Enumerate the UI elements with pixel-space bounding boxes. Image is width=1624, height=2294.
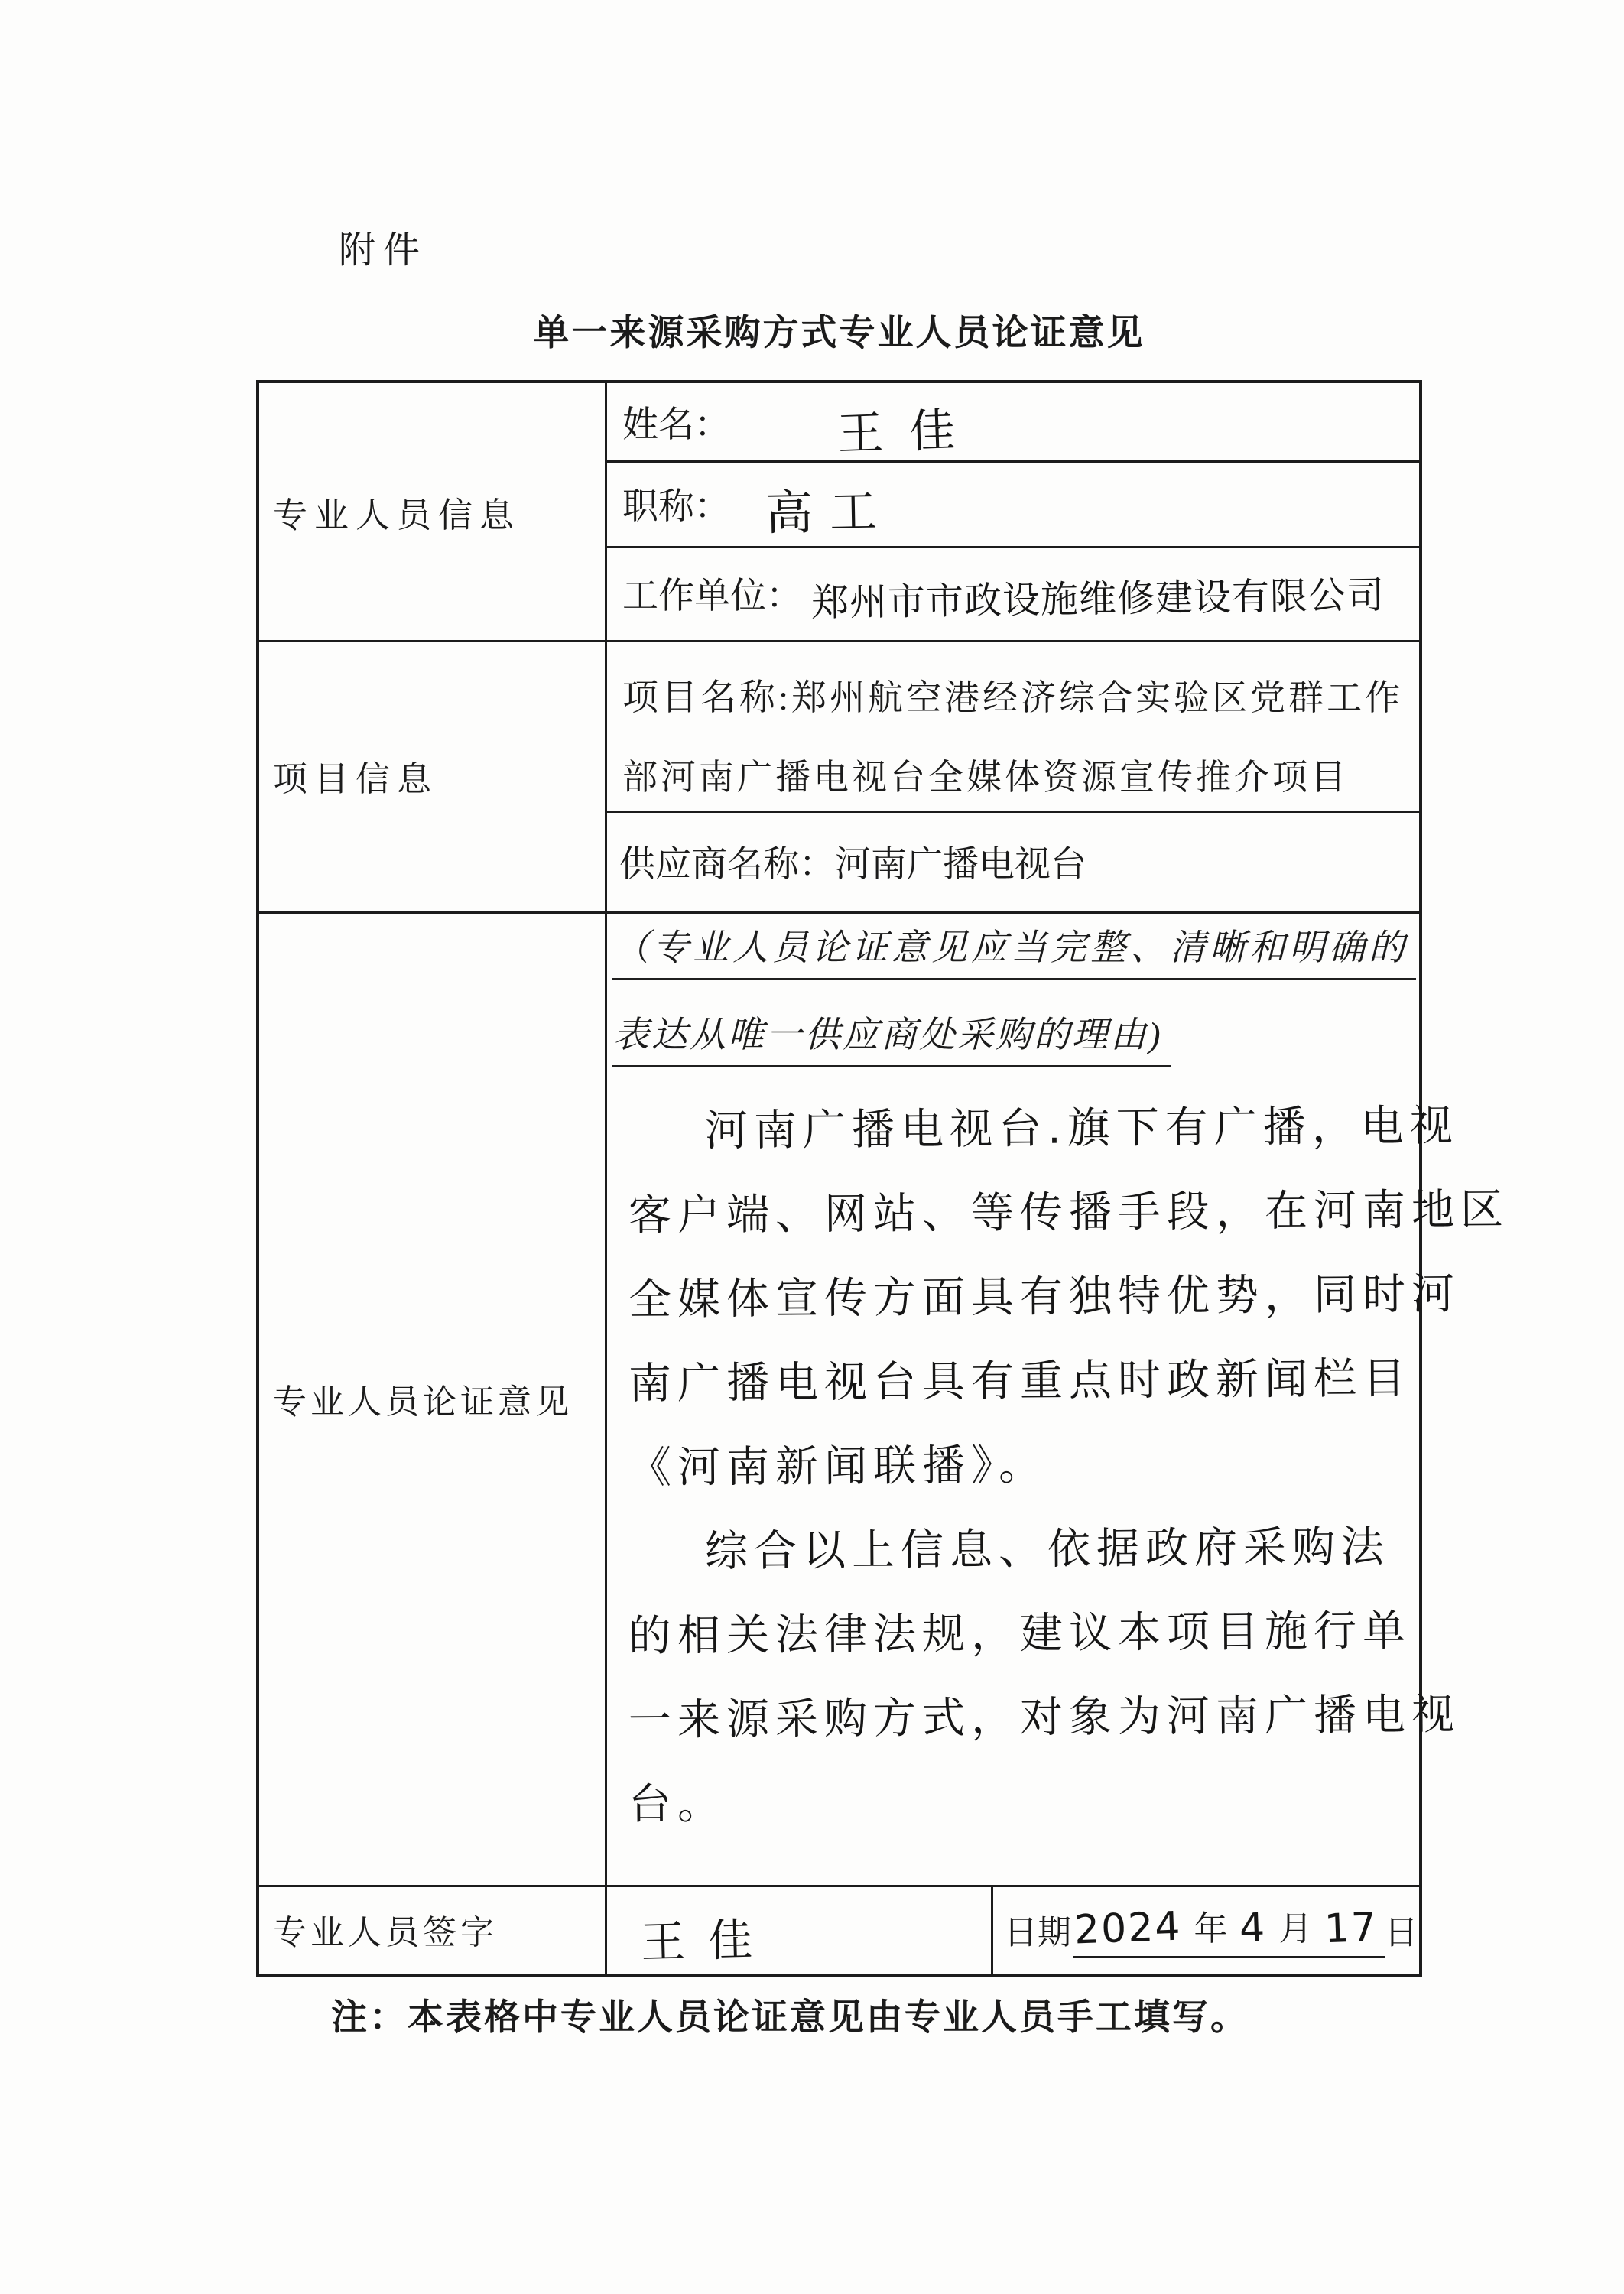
opinion-line: 综合以上信息、依据政府采购法: [628, 1505, 1402, 1594]
opinion-section-label: 专业人员论证意见: [259, 911, 605, 1885]
signature-cell: 王佳: [607, 1885, 991, 1974]
name-label: 姓名：: [622, 396, 730, 447]
date-month-unit: 月: [1278, 1901, 1312, 1950]
document-title: 单一来源采购方式专业人员论证意见: [256, 304, 1422, 356]
opinion-line: 河南广播电视台.旗下有广播，电视: [628, 1084, 1402, 1174]
opinion-cell: （专业人员论证意见应当完整、清晰和明确的 表达从唯一供应商处采购的理由) 河南广…: [607, 911, 1422, 1885]
footnote: 注：本表格中专业人员论证意见由专业人员手工填写。: [331, 1989, 1249, 2040]
supplier-field-row: 供应商名称： 河南广播电视台: [607, 811, 1422, 911]
opinion-line: 全媒体宣传方面具有独特优势，同时河: [628, 1253, 1402, 1342]
opinion-instruction-line2: 表达从唯一供应商处采购的理由): [612, 1006, 1171, 1067]
scanned-document-page: 附件 单一来源采购方式专业人员论证意见 专业人员信息 姓名： 王佳 职称： 高工…: [0, 0, 1624, 2294]
employer-handwritten-value: 郑州市市政设施维修建设有限公司: [811, 565, 1385, 626]
project-name-label: 项目名称:: [622, 678, 791, 718]
signature-section-label: 专业人员签字: [259, 1885, 605, 1974]
project-name-line2: 部河南广播电视台全媒体资源宣传推介项目: [622, 738, 1411, 817]
opinion-instruction-line1: （专业人员论证意见应当完整、清晰和明确的: [612, 919, 1416, 980]
name-handwritten-value: 王佳: [836, 392, 983, 463]
project-section-label: 项目信息: [259, 640, 605, 911]
project-name-line1: 项目名称:郑州航空港经济综合实验区党群工作: [622, 658, 1411, 738]
employer-field-row: 工作单位： 郑州市市政设施维修建设有限公司: [607, 546, 1422, 640]
form-table: 专业人员信息 姓名： 王佳 职称： 高工 工作单位： 郑州市市政设施维修建设有限…: [256, 380, 1422, 1977]
title-handwritten-value: 高工: [765, 473, 895, 543]
date-year-unit: 年: [1194, 1901, 1227, 1950]
title-field-row: 职称： 高工: [607, 460, 1422, 546]
opinion-line: 客户端、网站、等传播手段，在河南地区: [628, 1168, 1402, 1258]
opinion-line: 的相关法律法规，建议本项目施行单: [628, 1589, 1402, 1678]
title-label: 职称：: [622, 478, 730, 529]
name-field-row: 姓名： 王佳: [607, 383, 1422, 460]
employer-label: 工作单位：: [622, 567, 802, 619]
date-month-handwritten: 4: [1239, 1905, 1267, 1951]
opinion-handwritten-text: 河南广播电视台.旗下有广播，电视 客户端、网站、等传播手段，在河南地区 全媒体宣…: [628, 1087, 1401, 1844]
project-name-cell: 项目名称:郑州航空港经济综合实验区党群工作 部河南广播电视台全媒体资源宣传推介项…: [607, 640, 1422, 811]
date-year-handwritten: 2024: [1073, 1903, 1182, 1953]
opinion-line: 台。: [628, 1757, 1402, 1847]
personnel-section-label: 专业人员信息: [259, 383, 605, 640]
opinion-line: 《河南新闻联播》。: [628, 1421, 1402, 1510]
attachment-label: 附件: [339, 220, 427, 273]
supplier-label: 供应商名称：: [619, 836, 835, 887]
date-day-unit: 日: [1385, 1905, 1418, 1954]
opinion-line: 一来源采购方式，对象为河南广播电视: [628, 1673, 1402, 1763]
signature-handwritten-value: 王佳: [640, 1903, 776, 1971]
date-label: 日期: [1004, 1905, 1071, 1954]
date-day-handwritten: 17: [1324, 1904, 1379, 1951]
supplier-value: 河南广播电视台: [835, 836, 1086, 887]
opinion-line: 南广播电视台具有重点时政新闻栏目: [628, 1337, 1402, 1426]
date-underline: 2024年4月17: [1073, 1901, 1385, 1958]
project-name-text1: 郑州航空港经济综合实验区党群工作: [791, 678, 1403, 717]
date-cell: 日期2024年4月17日: [993, 1885, 1422, 1974]
